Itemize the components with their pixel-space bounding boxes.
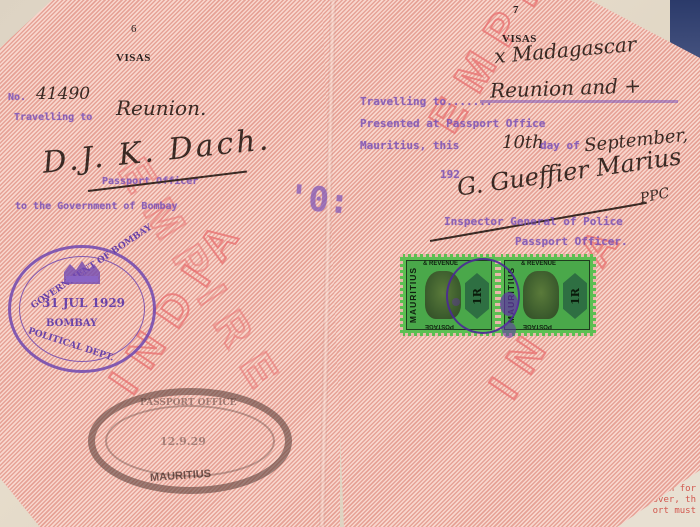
visa-number-value: 41490 <box>36 84 90 104</box>
passport-officer-label-right: Passport Officer. <box>515 235 628 248</box>
destination-handwritten-left: Reunion. <box>116 96 206 120</box>
travelling-to-label-left: Travelling to <box>14 112 92 123</box>
oval-seal-date: 12.9.29 <box>160 435 206 448</box>
travelling-to-label-right: Travelling to....... <box>360 95 492 108</box>
visa-number-label: No. <box>8 92 26 103</box>
seal-date: 31 JUL 1929 <box>42 296 125 310</box>
presented-at-label: Presented at Passport Office <box>360 117 545 130</box>
ink-blot <box>452 298 460 306</box>
stamp-postage-label: POSTAGE <box>523 323 552 329</box>
stamp-revenue-label: & REVENUE <box>423 261 458 267</box>
page-number-left: 6 <box>131 23 137 35</box>
crown-crest-icon <box>60 258 104 288</box>
issuing-authority: to the Government of Bombay <box>15 201 178 212</box>
stamp-postage-label: POSTAGE <box>425 323 454 329</box>
partial-stamp-mark: '0: <box>286 177 351 222</box>
mauritius-this-label: Mauritius, this <box>360 139 459 152</box>
handwritten-day: 10th <box>502 132 544 153</box>
oval-seal-top: PASSPORT OFFICE <box>140 398 237 408</box>
day-of-label: day of <box>540 139 580 152</box>
stamp-country: MAURITIUS <box>409 267 419 323</box>
destination-rule-line <box>480 100 678 103</box>
stamp-revenue-label: & REVENUE <box>521 261 556 267</box>
page-number-right: 7 <box>513 4 519 16</box>
ink-blot <box>500 292 518 316</box>
ink-blot <box>502 322 516 338</box>
king-portrait-icon <box>523 271 559 319</box>
visas-heading-left: VISAS <box>116 52 151 64</box>
inspector-general-label: Inspector General of Police <box>444 215 623 228</box>
seal-city: BOMBAY <box>46 318 97 329</box>
